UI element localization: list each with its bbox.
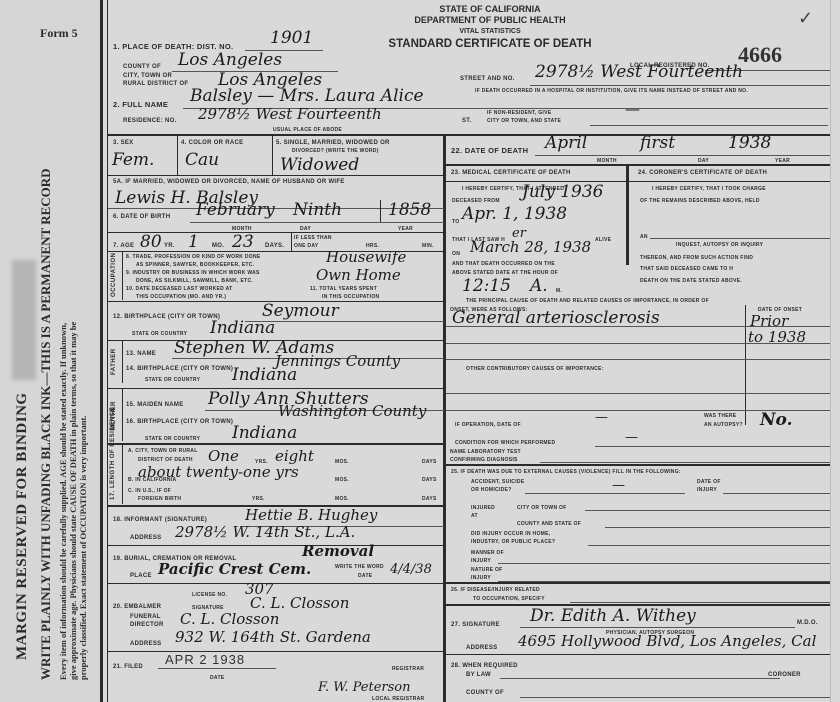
mother-state: Indiana [232, 423, 297, 443]
form-number: Form 5 [40, 26, 78, 41]
divider [446, 181, 830, 182]
other-causes-label: OTHER CONTRIBUTORY CAUSES OF IMPORTANCE: [466, 366, 604, 372]
cause-intro: THE PRINCIPAL CAUSE OF DEATH AND RELATED… [466, 298, 709, 304]
mother-maiden-label: 15. MAIDEN NAME [126, 402, 184, 408]
birthplace-state: Indiana [210, 318, 275, 338]
industry-label: 9. INDUSTRY OR BUSINESS IN WHICH WORK WA… [126, 270, 260, 276]
filed-label: 21. FILED [113, 664, 143, 670]
county-of-label: COUNTY OF [466, 690, 504, 696]
residence-a-label: A. CITY, TOWN OR RURAL [128, 448, 198, 454]
district-number: 1901 [270, 28, 313, 48]
binding-text: MARGIN RESERVED FOR BINDING [14, 392, 31, 660]
note-line: Every item of information should be care… [58, 322, 68, 680]
divider [108, 175, 444, 176]
divider [446, 582, 830, 584]
mother-state-label: STATE OR COUNTRY [145, 436, 200, 442]
race-label: 4. COLOR OR RACE [181, 140, 243, 146]
total-years-label: 11. TOTAL YEARS SPENT [310, 286, 377, 292]
industry-value: Own Home [316, 266, 401, 284]
burial-date: 4/4/38 [390, 562, 432, 577]
filed-date: APR 2 1938 [165, 652, 245, 667]
alive-label: ALIVE [595, 237, 611, 243]
death-ampm: A. [530, 276, 548, 296]
rule [525, 493, 685, 494]
attended-to-date: Apr. 1, 1938 [462, 204, 567, 224]
rule [446, 343, 830, 344]
sex-value: Fem. [112, 150, 154, 170]
rule [535, 155, 830, 156]
min-label: MIN. [422, 243, 434, 249]
operation-value: — [595, 410, 608, 425]
less-than-label: IF LESS THAN [294, 235, 332, 241]
father-birthplace-label: 14. BIRTHPLACE (CITY OR TOWN) [126, 366, 233, 372]
divider [108, 583, 444, 584]
st-label: ST. [462, 118, 472, 124]
certificate-number: 4666 [738, 42, 782, 68]
trade-label: AS SPINNER, SAWYER, BOOKKEEPER, ETC. [136, 262, 254, 268]
non-resident-value: — [625, 100, 640, 118]
cell-border [291, 233, 292, 251]
residence-label: RESIDENCE: NO. [123, 118, 177, 124]
full-name-value: Balsley — Mrs. Laura Alice [190, 86, 424, 106]
rule [605, 527, 830, 528]
divider [108, 545, 444, 546]
non-resident-label: CITY OR TOWN, AND STATE [487, 118, 561, 124]
rule [540, 462, 830, 463]
department: DEPARTMENT OF PUBLIC HEALTH [340, 15, 640, 26]
divider [108, 651, 444, 652]
mos-label: MOS. [335, 459, 349, 465]
coroner-text: THAT SAID DECEASED CAME TO H [640, 266, 733, 272]
residence-length-side-label: 17. LENGTH OF RESIDENCE [110, 407, 116, 500]
accident-value: — [612, 478, 625, 493]
days-label: DAYS. [265, 243, 284, 249]
certificate-header: STATE OF CALIFORNIA DEPARTMENT OF PUBLIC… [340, 4, 640, 50]
rule [590, 125, 828, 126]
rule [520, 627, 795, 628]
rule [520, 697, 830, 698]
mother-birthplace-label: 16. BIRTHPLACE (CITY OR TOWN) [126, 419, 233, 425]
age-days: 23 [232, 232, 254, 252]
burial-place: Pacific Crest Cem. [158, 560, 311, 578]
burial-place-label: PLACE [130, 573, 152, 579]
accident-label: ACCIDENT, SUICIDE [471, 479, 524, 485]
cell-border [626, 165, 629, 265]
age-months: 1 [188, 232, 199, 252]
death-certificate: Form 5 MARGIN RESERVED FOR BINDING WRITE… [0, 0, 840, 702]
injury-county-state-label: COUNTY AND STATE OF [517, 521, 581, 527]
manner-label: MANNER OF [471, 550, 504, 556]
funeral-director-label: FUNERAL [130, 614, 161, 620]
age-years: 80 [140, 232, 162, 252]
days-label: DAYS [422, 459, 437, 465]
registrar-label: REGISTRAR [392, 666, 424, 672]
embalmer-address: 932 W. 164th St. Gardena [175, 628, 371, 646]
coroner-text: OF THE REMAINS DESCRIBED ABOVE, HELD [640, 198, 760, 204]
race-value: Cau [185, 150, 219, 170]
manner-label: INJURY [471, 558, 491, 564]
county-value: Los Angeles [178, 50, 282, 70]
injury-place-label: INDUSTRY, OR PUBLIC PLACE? [471, 539, 555, 545]
registrar-signature: F. W. Peterson [318, 680, 410, 695]
yr-label: YR. [164, 243, 175, 249]
local-registrar-caption: LOCAL REGISTRAR [372, 696, 424, 702]
principal-cause: General arteriosclerosis [452, 308, 660, 328]
note-line: properly classified. Exact statement of … [78, 322, 88, 680]
rule [588, 545, 830, 546]
divider [108, 134, 830, 136]
rule [190, 222, 444, 223]
mother-birthplace: Washington County [278, 402, 426, 420]
occupational-label: TO OCCUPATION, SPECIFY [473, 596, 545, 602]
signature-label: 27. SIGNATURE [451, 622, 500, 628]
cell-border [177, 135, 178, 175]
autopsy-label: WAS THERE [704, 413, 736, 419]
cell-border [122, 389, 123, 441]
ink-instruction: WRITE PLAINLY WITH UNFADING BLACK INK—TH… [38, 168, 54, 680]
on-label: ON [452, 251, 460, 257]
cell-border [745, 305, 746, 425]
nature-label: NATURE OF [471, 567, 503, 573]
father-name-label: 13. NAME [126, 351, 156, 357]
burial-value: Removal [302, 542, 374, 560]
faded-stamp [12, 260, 36, 380]
injury-city-label: CITY OR TOWN OF [517, 505, 567, 511]
rule [498, 563, 830, 564]
divider [108, 443, 444, 445]
county-label: COUNTY OF [123, 64, 161, 70]
rule [446, 393, 830, 394]
spouse-label: 5a. IF MARRIED, WIDOWED OR DIVORCED, NAM… [113, 179, 345, 185]
occupational-label: 26. IF DISEASE/INJURY RELATED [451, 587, 540, 593]
marital-label: 5. SINGLE, MARRIED, WIDOWED OR [276, 140, 390, 146]
yrs-label: YRS. [252, 496, 265, 502]
page-title: STANDARD CERTIFICATE OF DEATH [340, 39, 640, 50]
street-label: STREET AND NO. [460, 76, 515, 82]
date-of-death-label: 22. DATE OF DEATH [451, 146, 528, 155]
nature-label: INJURY [471, 575, 491, 581]
dob-day: Ninth [293, 200, 342, 220]
rule [158, 668, 276, 669]
hospital-note: IF DEATH OCCURRED IN A HOSPITAL OR INSTI… [475, 88, 748, 94]
father-state: Indiana [232, 365, 297, 385]
last-saw-date: March 28, 1938 [470, 238, 591, 256]
residence-b-value: about twenty-one yrs [138, 463, 299, 481]
state-name: STATE OF CALIFORNIA [340, 4, 640, 15]
when-required-label: BY LAW [466, 672, 491, 678]
dob-label: 6. DATE OF BIRTH [113, 214, 170, 220]
last-worked-label: THIS OCCUPATION (MO. AND YR.) [136, 294, 226, 300]
physician-signature: Dr. Edith A. Withey [530, 606, 696, 626]
coroner-text: THEREON, AND FROM SUCH ACTION FIND [640, 255, 753, 261]
binding-margin: Form 5 MARGIN RESERVED FOR BINDING WRITE… [0, 0, 100, 702]
funeral-director-name: C. L. Closson [180, 610, 279, 628]
cell-border [272, 135, 273, 175]
rule [723, 493, 830, 494]
embalmer-label: 20. EMBALMER [113, 604, 161, 610]
column-divider [443, 135, 446, 702]
injured-at-label: AT [471, 513, 478, 519]
instructions-note: Every item of information should be care… [58, 322, 88, 680]
when-required-label: 28. WHEN REQUIRED [451, 663, 518, 669]
signature-suffix: M.D.O. [797, 620, 818, 626]
m-label: M. [556, 288, 562, 294]
operation-label: IF OPERATION, DATE OF [455, 422, 521, 428]
death-day: first [640, 133, 675, 153]
father-side-label: FATHER [111, 348, 117, 375]
condition-value: — [625, 430, 638, 445]
cell-border [122, 341, 123, 383]
marital-value: Widowed [280, 155, 359, 175]
rule [446, 326, 830, 327]
rule [500, 678, 780, 679]
autopsy-value: No. [760, 410, 793, 430]
coroner-an-label: AN [640, 234, 648, 240]
rule [530, 85, 830, 86]
autopsy-label: AN AUTOPSY? [704, 422, 743, 428]
embalmer-address-label: ADDRESS [130, 641, 161, 647]
date-caption: DATE [210, 675, 224, 681]
death-hour: 12:15 [462, 276, 511, 296]
injury-date-label: DATE OF [697, 479, 721, 485]
trade-value: Housewife [326, 248, 406, 266]
birthplace-label: 12. BIRTHPLACE (CITY OR TOWN) [113, 314, 220, 320]
rule [585, 510, 830, 511]
days-label: DAYS [422, 477, 437, 483]
rule [446, 359, 830, 360]
check-mark-icon: ✓ [798, 8, 813, 29]
non-resident-label: IF NON-RESIDENT, GIVE [487, 110, 551, 116]
burial-date-label: DATE [358, 573, 372, 579]
one-day-label: ONE DAY [294, 243, 318, 249]
external-causes-title: 25. IF DEATH WAS DUE TO EXTERNAL CAUSES … [451, 469, 681, 475]
divider [446, 464, 830, 466]
injured-at-label: INJURED [471, 505, 495, 511]
sex-label: 3. SEX [113, 140, 133, 146]
injury-date-label: INJURY [697, 487, 717, 493]
attended-from-date: July 1936 [522, 182, 603, 202]
license-label: LICENSE NO. [192, 592, 227, 598]
coroner-text: DEATH ON THE DATE STATED ABOVE. [640, 278, 742, 284]
age-label: 7. AGE [113, 243, 134, 249]
condition-label: CONDITION FOR WHICH PERFORMED [455, 440, 555, 446]
rural-district-label: RURAL DISTRICT OF [123, 81, 188, 87]
accident-label: OR HOMICIDE? [471, 487, 512, 493]
birthplace-state-label: STATE OR COUNTRY [132, 331, 187, 337]
informant-name: Hettie B. Hughey [245, 506, 377, 524]
note-line: give approximate age. Physicians should … [68, 322, 78, 680]
marital-label: DIVORCED? (WRITE THE WORD) [292, 148, 379, 154]
residence-value: 2978½ West Fourteenth [198, 105, 382, 123]
father-state-label: STATE OR COUNTRY [145, 377, 200, 383]
division: VITAL STATISTICS [340, 26, 640, 37]
street-value: 2978½ West Fourteenth [535, 62, 743, 82]
coroner-certificate-title: 24. CORONER'S CERTIFICATE OF DEATH [638, 170, 767, 176]
occupation-side-label: OCCUPATION [111, 253, 117, 297]
dob-month: February [196, 200, 275, 220]
city-label: CITY, TOWN OR [123, 73, 172, 79]
to-label: TO [452, 219, 459, 225]
residence-c-label: C. IN U.S., IF OF [128, 488, 171, 494]
write-word-caption: WRITE THE WORD [335, 564, 384, 570]
injury-place-label: DID INJURY OCCUR IN HOME, [471, 531, 550, 537]
frame-left [100, 0, 103, 702]
lab-test-label: CONFIRMING DIAGNOSIS [450, 457, 518, 463]
cell-border [380, 200, 381, 222]
rule [595, 446, 830, 447]
informant-address: 2978½ W. 14th St., L.A. [175, 523, 355, 541]
rule [570, 602, 830, 603]
coroner-label: CORONER [768, 672, 801, 678]
rule [650, 238, 830, 239]
death-month: April [545, 133, 587, 153]
dob-year: 1858 [388, 200, 431, 220]
cell-border [122, 444, 123, 504]
mos-label: MOS. [335, 496, 349, 502]
last-worked-label: 10. DATE DECEASED LAST WORKED AT [126, 286, 232, 292]
mos-label: MOS. [335, 477, 349, 483]
lab-test-label: NAME LABORATORY TEST [450, 449, 521, 455]
residence-c-label: FOREIGN BIRTH [138, 496, 181, 502]
informant-address-label: ADDRESS [130, 535, 161, 541]
physician-address: 4695 Hollywood Blvd, Los Angeles, Cal [518, 632, 816, 650]
usual-place-caption: USUAL PLACE OF ABODE [273, 127, 342, 133]
industry-label: DONE, AS SILKMILL, SAWMILL, BANK, ETC. [136, 278, 253, 284]
physician-address-label: ADDRESS [466, 645, 497, 651]
frame-left-inner [107, 0, 108, 702]
frame-right [830, 0, 831, 702]
mo-label: MO. [212, 243, 224, 249]
cell-border [122, 252, 123, 300]
full-name-label: 2. FULL NAME [113, 100, 168, 109]
coroner-text: I HEREBY CERTIFY, THAT I TOOK CHARGE [652, 186, 766, 192]
death-occurred-text: AND THAT DEATH OCCURRED ON THE [452, 261, 555, 267]
death-year: 1938 [728, 133, 771, 153]
funeral-director-label: DIRECTOR [130, 622, 164, 628]
inquest-caption: INQUEST, AUTOPSY OR INQUIRY [676, 242, 763, 248]
medical-certificate-title: 23. MEDICAL CERTIFICATE OF DEATH [451, 170, 571, 176]
total-years-label: IN THIS OCCUPATION [322, 294, 379, 300]
days-label: DAYS [422, 496, 437, 502]
trade-label: 8. TRADE, PROFESSION OR KIND OF WORK DON… [126, 254, 261, 260]
divider [446, 164, 830, 166]
divider [446, 654, 830, 655]
